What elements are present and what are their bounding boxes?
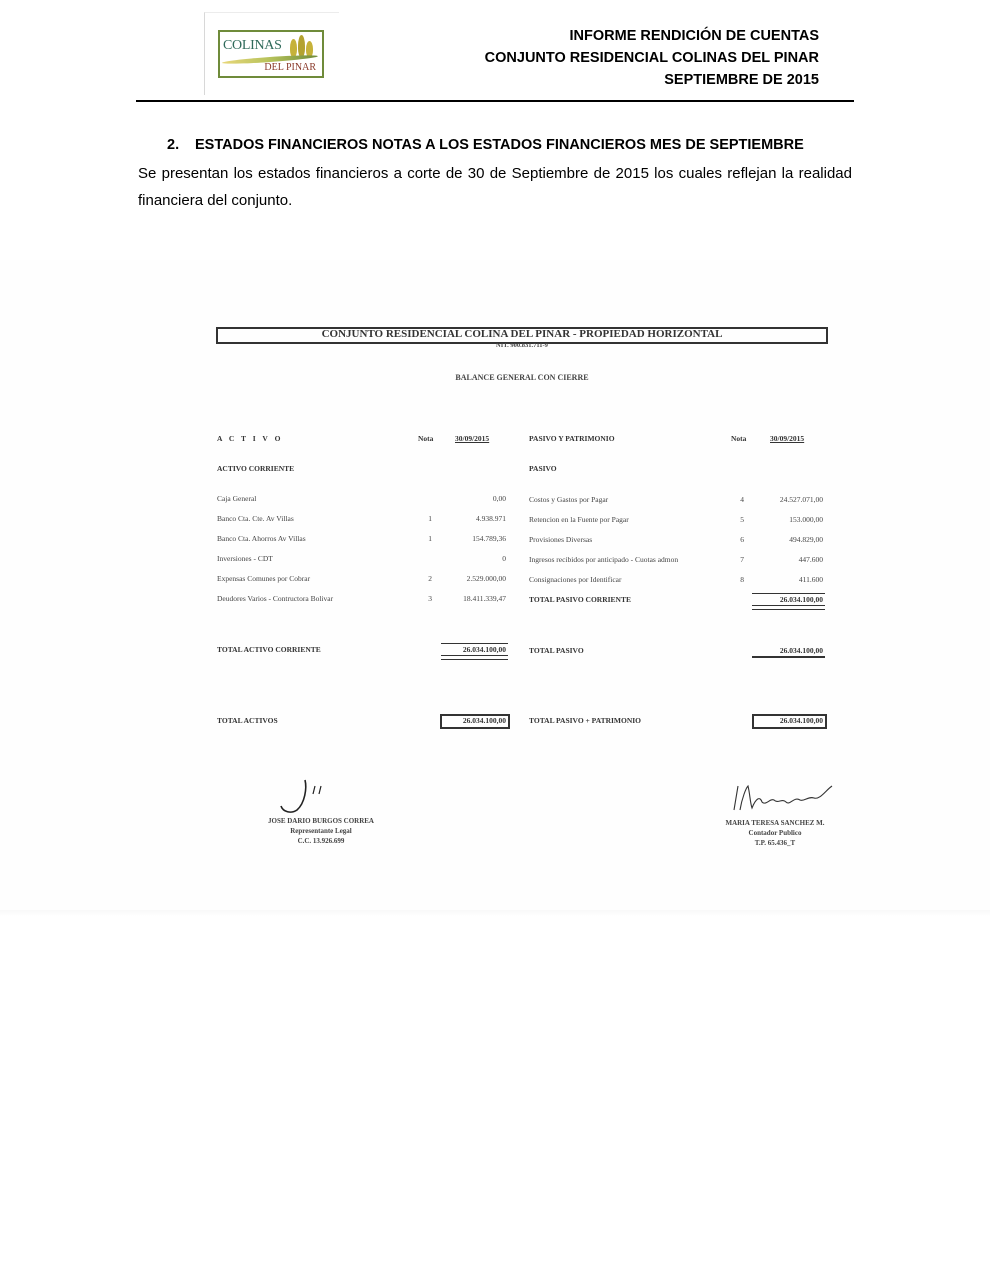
signer-id: C.C. 13.926.699 [236,836,406,846]
row-value: 411.600 [735,575,823,584]
row-label: Consignaciones por Identificar [529,575,621,584]
row-value: 18.411.339,47 [420,594,506,603]
report-title: BALANCE GENERAL CON CIERRE [216,373,828,382]
total-pasivo-corriente-value: 26.034.100,00 [745,595,823,604]
row-label: Banco Cta. Ahorros Av Villas [217,534,306,543]
total-activos-value: 26.034.100,00 [430,716,506,725]
entity-title: CONJUNTO RESIDENCIAL COLINA DEL PINAR - … [216,327,828,342]
logo-text-del-pinar: DEL PINAR [264,62,316,73]
liabilities-heading: PASIVO Y PATRIMONIO [529,434,615,443]
total-activos-label: TOTAL ACTIVOS [217,716,278,725]
row-value: 154.789,36 [420,534,506,543]
row-value: 153.000,00 [735,515,823,524]
row-value: 494.829,00 [735,535,823,544]
tree-icon [290,39,297,57]
total-pasivo-label: TOTAL PASIVO [529,646,584,655]
assets-nota-header: Nota [418,434,433,443]
total-rule [752,593,825,594]
document-header: INFORME RENDICIÓN DE CUENTAS CONJUNTO RE… [485,25,819,91]
double-underline [752,605,825,610]
assets-heading: A C T I V O [217,434,283,443]
entity-nit: NIT. 900.831.711-9 [216,342,828,349]
signer-role: Representante Legal [236,826,406,836]
total-pasivo-corriente-label: TOTAL PASIVO CORRIENTE [529,595,631,604]
double-underline [441,655,508,660]
row-label: Banco Cta. Cte. Av Villas [217,514,294,523]
total-activo-corriente-value: 26.034.100,00 [430,645,506,654]
row-label: Provisiones Diversas [529,535,592,544]
row-label: Expensas Comunes por Cobrar [217,574,310,583]
row-label: Caja General [217,494,256,503]
row-value: 24.527.071,00 [735,495,823,504]
signer-name: MARIA TERESA SANCHEZ M. [700,818,850,828]
section-title-text: ESTADOS FINANCIEROS NOTAS A LOS ESTADOS … [195,137,804,153]
signer-name: JOSE DARIO BURGOS CORREA [236,816,406,826]
scanned-balance-sheet [0,260,990,915]
section-number: 2. [167,137,195,153]
signature-accountant: MARIA TERESA SANCHEZ M. Contador Publico… [700,818,850,848]
row-label: Retencion en la Fuente por Pagar [529,515,629,524]
header-title-line: SEPTIEMBRE DE 2015 [485,69,819,91]
signer-id: T.P. 65.436_T [700,838,850,848]
colinas-del-pinar-logo: COLINAS DEL PINAR [218,30,324,78]
row-value: 2.529.000,00 [420,574,506,583]
tree-icon [298,35,305,57]
total-pasivo-patrimonio-label: TOTAL PASIVO + PATRIMONIO [529,716,641,725]
signature-mark-accountant [728,780,838,818]
total-underline [752,656,825,658]
liabilities-subheading: PASIVO [529,464,557,473]
liabilities-nota-header: Nota [731,434,746,443]
logo-text-colinas: COLINAS [223,38,282,54]
row-label: Ingresos recibidos por anticipado - Cuot… [529,555,678,564]
assets-subheading: ACTIVO CORRIENTE [217,464,294,473]
row-value: 0,00 [420,494,506,503]
row-value: 0 [420,554,506,563]
signature-legal-rep: JOSE DARIO BURGOS CORREA Representante L… [236,816,406,846]
row-label: Inversiones - CDT [217,554,273,563]
scan-edge [0,910,990,916]
signature-mark-legal-rep [275,778,335,818]
total-pasivo-patrimonio-value: 26.034.100,00 [745,716,823,725]
total-activo-corriente-label: TOTAL ACTIVO CORRIENTE [217,645,321,654]
assets-date-header: 30/09/2015 [455,434,489,443]
header-title-line: CONJUNTO RESIDENCIAL COLINAS DEL PINAR [485,47,819,69]
section-title: 2.ESTADOS FINANCIEROS NOTAS A LOS ESTADO… [167,137,804,153]
total-rule [441,643,508,644]
header-divider [136,100,854,102]
row-label: Deudores Varios - Contructora Bolivar [217,594,333,603]
section-intro-paragraph: Se presentan los estados financieros a c… [138,160,852,214]
liabilities-date-header: 30/09/2015 [770,434,804,443]
header-title-line: INFORME RENDICIÓN DE CUENTAS [485,25,819,47]
row-label: Costos y Gastos por Pagar [529,495,608,504]
row-value: 447.600 [735,555,823,564]
signer-role: Contador Publico [700,828,850,838]
total-pasivo-value: 26.034.100,00 [745,646,823,655]
row-value: 4.938.971 [420,514,506,523]
